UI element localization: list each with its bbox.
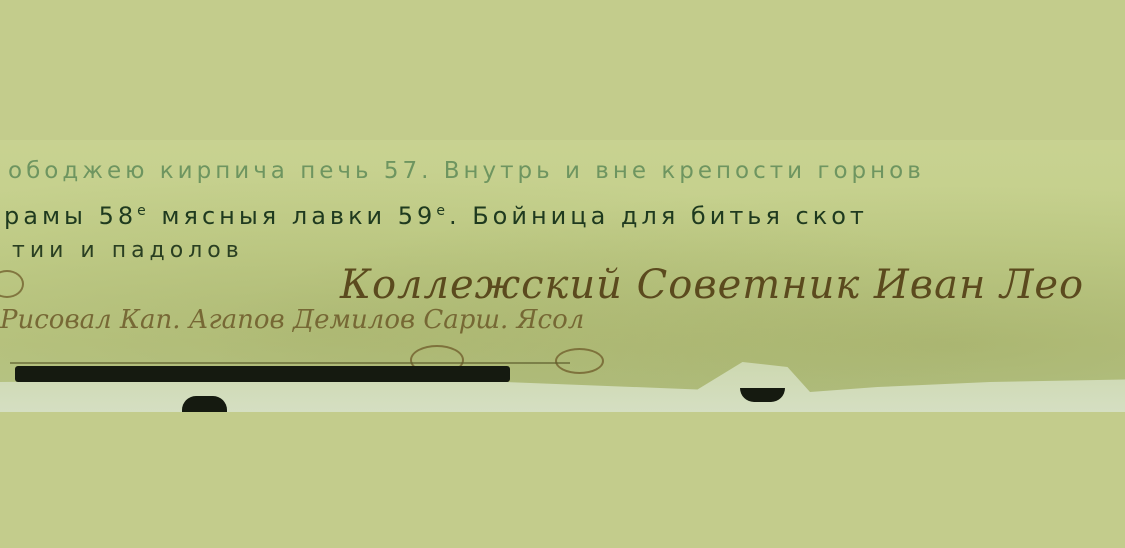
manuscript-line-2: рамы 58е мясныя лавки 59е. Бойница для б…: [4, 202, 868, 230]
flourish-right: [555, 348, 604, 374]
ink-bar: [15, 366, 510, 382]
ink-blot: [182, 396, 227, 412]
line-2-part-b: мясныя лавки 59: [150, 202, 437, 230]
signature-main: Коллежский Советник Иван Лео: [340, 262, 1084, 308]
flourish-left: [0, 270, 24, 298]
ink-blot: [740, 388, 785, 402]
manuscript-line-3: тии и падолов: [12, 238, 244, 263]
ruled-line: [10, 362, 570, 364]
line-2-part-c: . Бойница для битья скот: [449, 202, 868, 230]
line-2-part-a: рамы 58: [4, 202, 137, 230]
superscript: е: [137, 203, 150, 219]
superscript: е: [436, 203, 449, 219]
document-fragment: ободжею кирпича печь 57. Внутрь и вне кр…: [0, 140, 1125, 412]
signature-annotation: Рисовал Кап. Агапов Демилов Сарш. Ясол: [0, 305, 584, 335]
manuscript-line-1: ободжею кирпича печь 57. Внутрь и вне кр…: [8, 158, 925, 184]
